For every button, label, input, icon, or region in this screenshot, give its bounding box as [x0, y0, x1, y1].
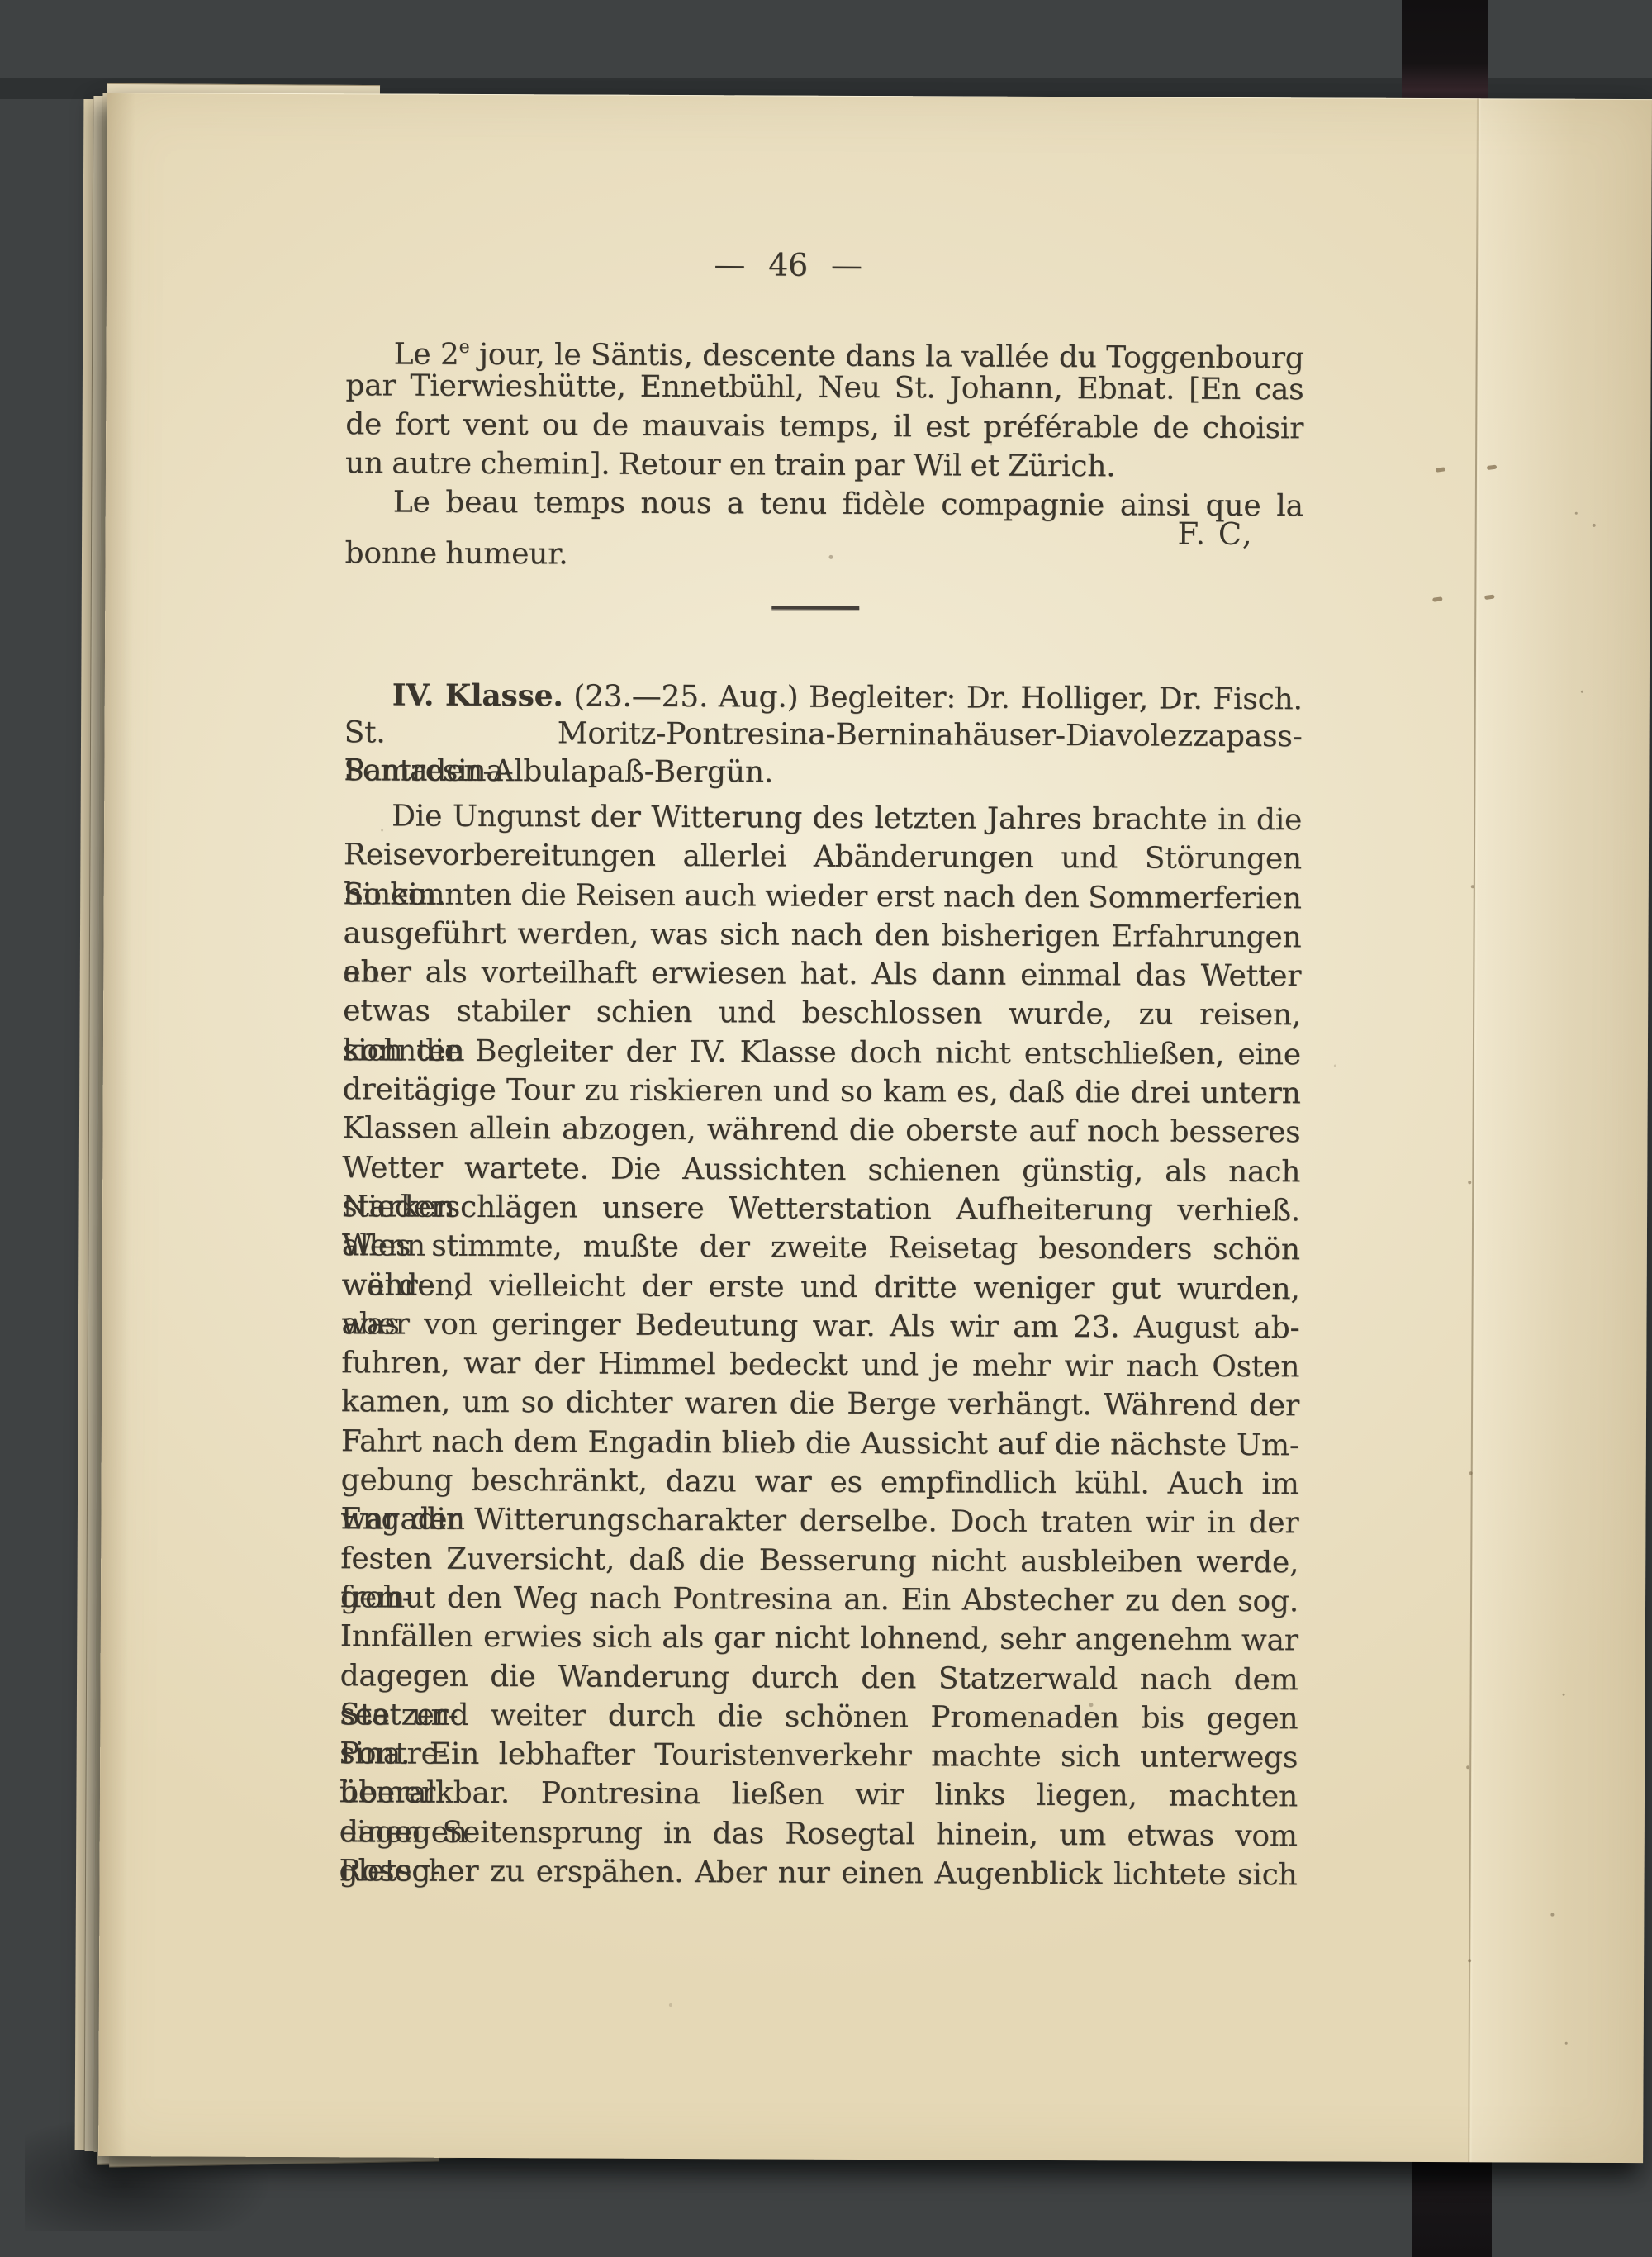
text-line: bemerkbar. Pontresina ließen wir links l… — [339, 1774, 1298, 1817]
page-number: — 46 — — [309, 245, 1267, 285]
paper-speck — [1334, 1064, 1336, 1067]
text-line: IV. Klasse. (23.—25. Aug.) Begleiter: Dr… — [344, 676, 1303, 718]
heading-bold-span: IV. Klasse. — [392, 678, 563, 714]
text-line: aber von geringer Bedeutung war. Als wir… — [341, 1304, 1299, 1347]
paper-speck — [1565, 2042, 1568, 2045]
text-line: ausgeführt werden, was sich nach den bis… — [343, 914, 1301, 957]
crease-mark — [1468, 1181, 1471, 1184]
text-line: Niederschlägen unsere Wetterstation Aufh… — [342, 1187, 1300, 1230]
text-line: dagegen die Wanderung durch den Statzerw… — [340, 1656, 1298, 1699]
text-line: festen Zuversicht, daß die Besserung nic… — [340, 1539, 1298, 1582]
crease-mark — [1468, 1959, 1471, 1962]
text-line: un autre chemin]. Retour en train par Wi… — [345, 444, 1303, 487]
text-line: Innfällen erwies sich als gar nicht lohn… — [340, 1617, 1298, 1660]
crease-mark — [1466, 1765, 1469, 1769]
section-divider — [771, 606, 859, 610]
text-line: Samaden-Albulapaß-Bergün. — [344, 752, 1302, 794]
text-line: eher als vorteilhaft erwiesen hat. Als d… — [343, 953, 1301, 995]
stitch-hole — [1432, 596, 1443, 602]
text-line: Fahrt nach dem Engadin blieb die Aussich… — [341, 1422, 1299, 1465]
crease-mark — [1471, 885, 1474, 888]
book-page: — 46 — Le 2e jour, le Säntis, descente d… — [98, 93, 1652, 2163]
author-initials: F. C, — [345, 512, 1254, 552]
gutter-shading — [1470, 98, 1652, 2163]
scanned-book-page-photo: — 46 — Le 2e jour, le Säntis, descente d… — [0, 0, 1652, 2257]
text-line: dreitägige Tour zu riskieren und so kam … — [343, 1070, 1301, 1113]
section-heading: IV. Klasse. (23.—25. Aug.) Begleiter: Dr… — [344, 676, 1303, 794]
text-span: (23.—25. Aug.) Begleiter: Dr. Holliger, … — [563, 679, 1303, 716]
paper-speck — [829, 555, 833, 559]
text-line: sich die Begleiter der IV. Klasse doch n… — [343, 1031, 1301, 1074]
text-line: alles stimmte, mußte der zweite Reisetag… — [342, 1227, 1300, 1270]
paper-speck — [1563, 1694, 1565, 1696]
text-line: sina. Ein lebhafter Touristenverkehr mac… — [339, 1734, 1298, 1777]
paper-speck — [1089, 1703, 1093, 1707]
paper-speck — [1581, 691, 1583, 693]
text-line: etwas stabiler schien und beschlossen wu… — [343, 992, 1301, 1035]
text-line: während vielleicht der erste und dritte … — [342, 1266, 1300, 1309]
stitch-hole — [1436, 467, 1446, 473]
bookmark-ribbon-top — [1402, 0, 1488, 102]
text-line: see und weiter durch die schönen Promena… — [339, 1695, 1298, 1738]
paper-speck — [1593, 524, 1596, 527]
text-line: kamen, um so dichter waren die Berge ver… — [341, 1383, 1299, 1426]
paper-speck — [1550, 1913, 1554, 1917]
text-line: Reisevorbereitungen allerlei Abänderunge… — [344, 836, 1302, 879]
crease-mark — [1469, 1471, 1473, 1475]
paper-speck — [669, 2003, 672, 2007]
text-line: Wetter wartete. Die Aussichten schienen … — [342, 1148, 1300, 1191]
superscript-ordinal: e — [459, 337, 470, 358]
text-line: war der Witterungscharakter derselbe. Do… — [340, 1500, 1298, 1543]
text-line: So konnten die Reisen auch wieder erst n… — [344, 875, 1302, 918]
text-line: Le 2e jour, le Säntis, descente dans la … — [346, 327, 1304, 370]
text-line: einen Seitensprung in das Rosegtal hinei… — [339, 1813, 1298, 1855]
text-line: gebung beschränkt, dazu war es empfindli… — [341, 1461, 1299, 1504]
text-line: St. Moritz-Pontresina-Berninahäuser-Diav… — [344, 714, 1303, 756]
text-line: Die Ungunst der Witterung des letzten Ja… — [344, 796, 1302, 839]
paper-speck — [990, 444, 992, 446]
body-paragraph: Die Ungunst der Witterung des letzten Ja… — [339, 796, 1303, 1894]
text-line: gletscher zu erspähen. Aber nur einen Au… — [339, 1851, 1298, 1894]
text-line: Klassen allein abzogen, während die ober… — [342, 1109, 1300, 1152]
text-line: de fort vent ou de mauvais temps, il est… — [345, 405, 1303, 448]
paper-speck — [381, 829, 383, 831]
text-line: gemut den Weg nach Pontresina an. Ein Ab… — [340, 1578, 1298, 1621]
text-line: fuhren, war der Himmel bedeckt und je me… — [341, 1343, 1299, 1386]
text-line: par Tierwieshütte, Ennetbühl, Neu St. Jo… — [345, 366, 1303, 409]
paper-speck — [1575, 512, 1578, 515]
